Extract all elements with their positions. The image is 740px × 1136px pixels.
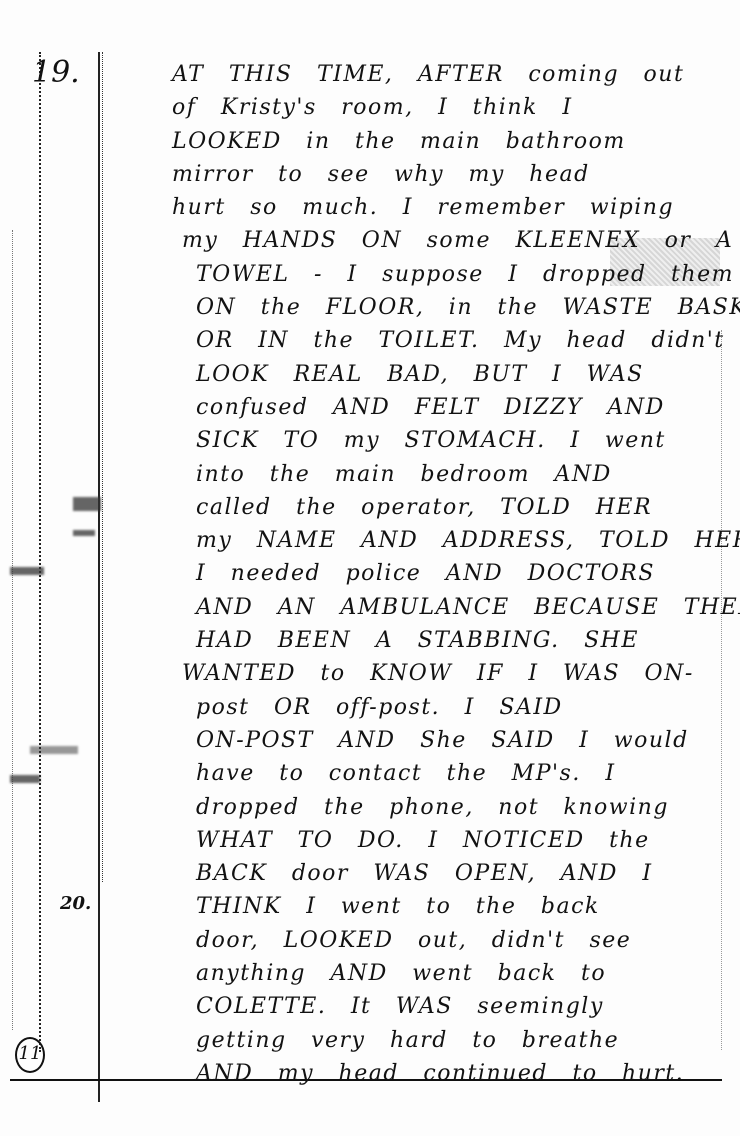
text-line: BACK door WAS OPEN, AND I <box>172 857 712 890</box>
text-line: I needed police AND DOCTORS <box>172 557 712 590</box>
margin-scribble: 20. <box>60 893 91 914</box>
paragraph-number: 19. <box>32 55 80 90</box>
text-line: WHAT TO DO. I NOTICED the <box>172 824 712 857</box>
text-line: confused AND FELT DIZZY AND <box>172 391 712 424</box>
text-line: into the main bedroom AND <box>172 458 712 491</box>
text-line: AND AN AMBULANCE BECAUSE THERE <box>172 591 712 624</box>
text-line: my HANDS ON some KLEENEX or A <box>172 224 712 257</box>
scan-smudge <box>73 497 101 511</box>
text-line: ON-POST AND She SAID I would <box>172 724 712 757</box>
text-line: of Kristy's room, I think I <box>172 91 712 124</box>
text-line: THINK I went to the back <box>172 890 712 923</box>
scan-smudge <box>10 567 44 575</box>
text-line: door, LOOKED out, didn't see <box>172 924 712 957</box>
text-line: called the operator, TOLD HER <box>172 491 712 524</box>
margin-rule-far <box>12 230 13 1030</box>
text-line: have to contact the MP's. I <box>172 757 712 790</box>
text-line: anything AND went back to <box>172 957 712 990</box>
text-line: ON the FLOOR, in the WASTE BASKET, <box>172 291 712 324</box>
handwritten-statement-page: 19. 20. 11 AT THIS TIME, AFTER coming ou… <box>0 0 740 1136</box>
text-line: hurt so much. I remember wiping <box>172 191 712 224</box>
margin-rule-right <box>721 330 722 1050</box>
text-line: AT THIS TIME, AFTER coming out <box>172 58 712 91</box>
margin-rule-inner-double <box>102 52 103 882</box>
circled-page-number: 11 <box>15 1037 45 1073</box>
scan-smudge <box>73 530 95 536</box>
text-line: TOWEL - I suppose I dropped them <box>172 258 712 291</box>
text-line: LOOKED in the main bathroom <box>172 125 712 158</box>
margin-rule-outer <box>39 52 41 1052</box>
text-line: getting very hard to breathe <box>172 1024 712 1057</box>
scan-smudge <box>10 775 40 783</box>
text-line: my NAME AND ADDRESS, TOLD HER <box>172 524 712 557</box>
text-line: AND my head continued to hurt. <box>172 1057 712 1090</box>
text-line: OR IN the TOILET. My head didn't <box>172 324 712 357</box>
text-line: SICK TO my STOMACH. I went <box>172 424 712 457</box>
text-line: LOOK REAL BAD, BUT I WAS <box>172 358 712 391</box>
margin-rule-inner <box>98 52 100 1102</box>
text-line: post OR off-post. I SAID <box>172 691 712 724</box>
text-line: dropped the phone, not knowing <box>172 791 712 824</box>
text-line: mirror to see why my head <box>172 158 712 191</box>
scan-smudge <box>30 746 78 754</box>
statement-body: AT THIS TIME, AFTER coming out of Kristy… <box>172 58 712 1090</box>
text-line: WANTED to KNOW IF I WAS ON- <box>172 657 712 690</box>
text-line: COLETTE. It WAS seemingly <box>172 990 712 1023</box>
text-line: HAD BEEN A STABBING. SHE <box>172 624 712 657</box>
